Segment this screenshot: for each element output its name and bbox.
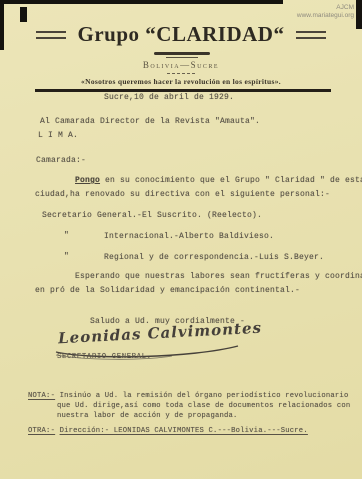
scan-edge-mark-top (0, 0, 283, 4)
roster-line-1: Secretario General.-El Suscrito. (Reelec… (42, 211, 262, 220)
watermark-org: AJCM (297, 4, 354, 12)
paragraph1-lead-word: Pongo (75, 176, 100, 185)
paragraph1-line1: Pongo en su conocimiento que el Grupo " … (75, 176, 362, 185)
recipient-line: Al Camarada Director de la Revista "Amau… (40, 117, 260, 126)
region-underline (167, 73, 197, 74)
nota-text-1: Insinúo a Ud. la remisión del órgano per… (60, 392, 349, 400)
scanned-letter-page: AJCM www.mariategui.org Grupo “CLARIDAD“… (0, 0, 362, 479)
salutation: Camarada:- (36, 156, 86, 165)
double-dash-left-icon (36, 31, 66, 39)
letterhead: Grupo “CLARIDAD“ (0, 22, 362, 47)
recipient-city: L I M A. (38, 131, 78, 140)
paragraph1-line2: ciudad,ha renovado su directiva con el s… (35, 190, 330, 199)
nota-line-3: nuestra labor de acción y de propaganda. (57, 412, 238, 420)
roster-line-3: Regional y de correspondencia.-Luis S.Be… (104, 253, 324, 262)
nota-label: NOTA:- (28, 392, 55, 400)
letterhead-region: Bolivia—Sucre (0, 60, 362, 70)
group-title: Grupo “CLARIDAD“ (78, 22, 285, 47)
double-dash-right-icon (296, 31, 326, 39)
title-underline (154, 52, 210, 55)
otra-label: OTRA:- (28, 427, 55, 435)
letterhead-motto: «Nosotros queremos hacer la revolución e… (0, 77, 362, 86)
paragraph1-rest: en su conocimiento que el Grupo " Clarid… (100, 176, 362, 185)
nota-line-2: que Ud. dirige,así como toda clase de do… (57, 402, 350, 410)
watermark: AJCM www.mariategui.org (297, 4, 354, 20)
scan-edge-mark-left-tick (20, 7, 27, 22)
closing-line-2: en pró de la Solidaridad y emancipación … (35, 286, 300, 295)
signer-title: SECRETARIO GENERAL. (57, 353, 152, 361)
title-underline-thin (166, 57, 198, 58)
closing-line-1: Esperando que nuestras labores sean fruc… (75, 272, 362, 281)
roster-line-2: Internacional.-Alberto Baldivieso. (104, 232, 274, 241)
watermark-url: www.mariategui.org (297, 12, 354, 20)
date-line: Sucre,10 de abril de 1929. (104, 93, 234, 102)
roster-ditto-3: " (64, 252, 69, 261)
roster-ditto-2: " (64, 231, 69, 240)
otra-address: Dirección:- LEONIDAS CALVIMONTES C.---Bo… (60, 427, 308, 435)
otra-line: OTRA:- Dirección:- LEONIDAS CALVIMONTES … (28, 427, 308, 435)
letterhead-rule (35, 89, 331, 92)
nota-line-1: NOTA:- Insinúo a Ud. la remisión del órg… (28, 392, 348, 400)
